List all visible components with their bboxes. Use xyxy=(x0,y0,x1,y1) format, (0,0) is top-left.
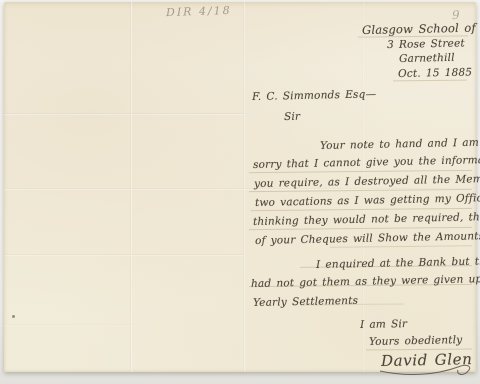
fold-crease-vertical-center xyxy=(243,2,246,372)
fold-crease-horizontal-4 xyxy=(4,324,134,327)
letter-date: Oct. 15 1885 xyxy=(398,66,472,80)
letterhead-institution: Glasgow School of Art xyxy=(362,20,480,37)
signature-flourish xyxy=(378,358,478,378)
closing-line-1: I am Sir xyxy=(360,318,407,331)
closing-line-2: Yours obediently xyxy=(369,334,463,348)
fold-crease-horizontal-1 xyxy=(4,113,245,116)
paper-speck xyxy=(12,315,15,318)
fold-crease-horizontal-3 xyxy=(4,254,245,257)
scanned-letter-page: DIR 4/18 9 Glasgow School of Art 3 Rose … xyxy=(0,0,480,384)
letterhead-district: Garnethill xyxy=(399,52,455,65)
body-line: Yearly Settlements xyxy=(253,295,358,309)
archive-reference-pencil-mark: DIR 4/18 xyxy=(166,4,232,19)
fold-crease-vertical-left xyxy=(130,2,133,372)
salutation: Sir xyxy=(284,111,300,123)
letterhead-street: 3 Rose Street xyxy=(387,37,465,51)
